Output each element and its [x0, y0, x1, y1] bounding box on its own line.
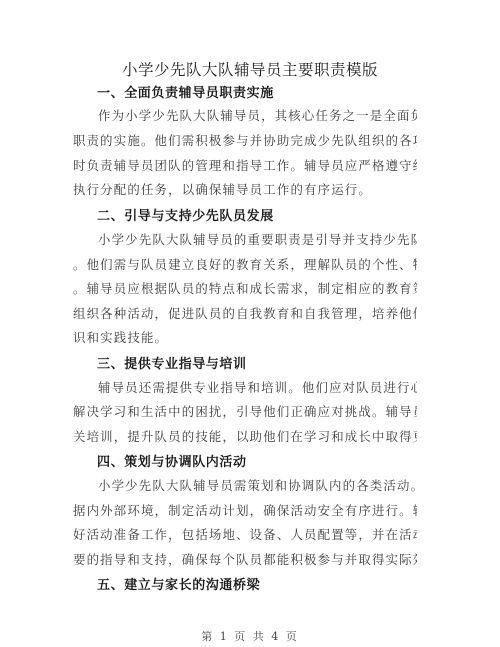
- paragraph-line: 组织各种活动，促进队员的自我教育和自我管理，培养他们的创新意: [73, 304, 417, 322]
- paragraph-line: 作为小学少先队大队辅导员，其核心任务之一是全面负责辅导员: [98, 106, 417, 124]
- paragraph-line: 。他们需与队员建立良好的教育关系，理解队员的个性、特质和需求: [73, 255, 417, 273]
- paragraph-line: 要的指导和支持，确保每个队员都能积极参与并取得实际效果。: [73, 550, 417, 568]
- paragraph-line: 执行分配的任务，以确保辅导员工作的有序运行。: [73, 180, 417, 198]
- section-heading: 五、建立与家长的沟通桥梁: [97, 574, 260, 593]
- paragraph-line: 小学少先队大队辅导员需策划和协调队内的各类活动。他们应根: [98, 476, 417, 494]
- paragraph-line: 识和实践技能。: [73, 328, 417, 346]
- document-page: 小学少先队大队辅导员主要职责模版 一、全面负责辅导员职责实施 作为小学少先队大队…: [0, 0, 500, 647]
- paragraph-line: 据内外部环境，制定活动计划，确保活动安全有序进行。辅导员需做: [73, 501, 417, 519]
- paragraph-line: 解决学习和生活中的困扰，引导他们正确应对挑战。辅导员应开展相: [73, 402, 417, 420]
- section-heading: 三、提供专业指导与培训: [97, 353, 247, 372]
- paragraph-line: 辅导员还需提供专业指导和培训。他们应对队员进行心理辅导，: [98, 378, 417, 396]
- paragraph-line: 好活动准备工作，包括场地、设备、人员配置等，并在活动中提供必: [73, 525, 417, 543]
- section-heading: 二、引导与支持少先队员发展: [97, 205, 274, 224]
- paragraph-line: 。辅导员应根据队员的特点和成长需求，制定相应的教育策略，通过: [73, 279, 417, 297]
- section-heading: 四、策划与协调队内活动: [97, 451, 247, 470]
- section-heading: 一、全面负责辅导员职责实施: [97, 82, 274, 101]
- paragraph-line: 关培训，提升队员的技能，以助他们在学习和成长中取得更优表现。: [73, 427, 417, 445]
- document-title: 小学少先队大队辅导员主要职责模版: [0, 58, 500, 80]
- paragraph-line: 时负责辅导员团队的管理和指导工作。辅导员应严格遵守组织规定，: [73, 156, 417, 174]
- page-number-footer: 第 1 页 共 4 页: [0, 628, 500, 644]
- paragraph-line: 小学少先队大队辅导员的重要职责是引导并支持少先队员的成长: [98, 230, 417, 248]
- paragraph-line: 职责的实施。他们需积极参与并协助完成少先队组织的各项活动，同: [73, 131, 417, 149]
